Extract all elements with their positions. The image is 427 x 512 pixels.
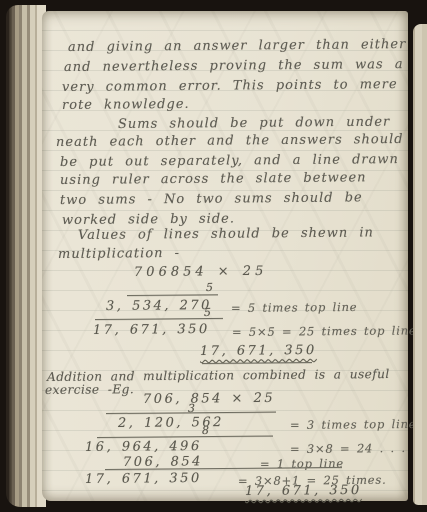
prose-line: multiplication - — [58, 246, 180, 262]
prose-line: Sums should be put down under — [118, 115, 390, 132]
partial-product-2: 17, 671, 350 — [93, 322, 210, 338]
multiplication-expression-2: 706, 854 × 25 — [143, 391, 275, 407]
prose-line: rote knowledge. — [62, 97, 190, 113]
prose-line: Values of lines should be shewn in — [78, 225, 374, 243]
notebook-scan: and giving an answer larger than either … — [0, 0, 427, 512]
prose-line: neath each other and the answers should — [56, 132, 404, 150]
final-answer-2: 17, 671, 350 — [245, 483, 362, 499]
partial-product-2: 16, 964, 496 — [85, 439, 202, 455]
prose-line: and giving an answer larger than either — [68, 37, 406, 55]
line-annotation: = 5×5 = 25 times top line. — [232, 323, 421, 339]
sum-rule — [127, 294, 218, 296]
line-annotation: = 5 times top line — [231, 300, 357, 315]
section-note-line: exercise -Eg. — [45, 382, 134, 397]
line-annotation: = 3 times top line — [290, 417, 416, 432]
sum-rule — [97, 435, 273, 438]
prose-line: and nevertheless proving the sum was a — [64, 57, 404, 75]
line-annotation: = 3×8 = 24 . . . — [290, 441, 406, 456]
line-annotation: = 1 top line — [260, 456, 344, 471]
prose-line: worked side by side. — [62, 211, 235, 228]
sum-rule — [95, 318, 223, 320]
partial-product-1: 3, 534, 270 — [106, 298, 212, 314]
section-note-line: Addition and multiplication combined is … — [47, 367, 390, 384]
page-edge-right — [413, 24, 427, 505]
notebook-page: and giving an answer larger than either … — [42, 11, 408, 501]
multiplication-expression-1: 706854 × 25 — [134, 264, 267, 280]
multiplier-digit: 5 — [206, 281, 213, 294]
answer-underline — [202, 362, 312, 364]
sum-total: 17, 671, 350 — [85, 471, 202, 487]
prose-line: two sums - No two sums should be — [60, 190, 363, 208]
final-answer-1: 17, 671, 350 — [200, 343, 317, 359]
prose-line: very common error. This points to mere — [62, 77, 398, 95]
prose-line: using ruler across the slate between — [60, 170, 367, 188]
prose-line: be put out separately, and a line drawn — [60, 152, 399, 170]
page-edges-left — [6, 5, 46, 507]
